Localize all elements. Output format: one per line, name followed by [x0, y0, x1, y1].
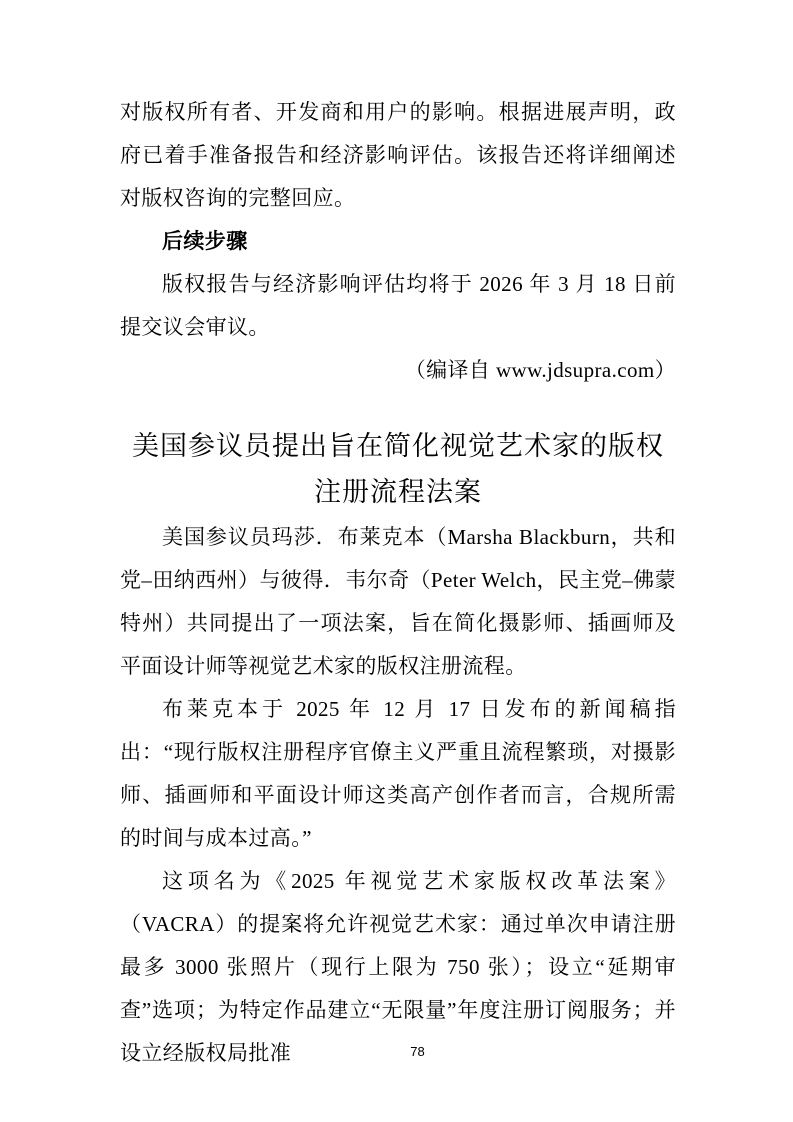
page-number: 78	[0, 1044, 793, 1060]
next-steps-paragraph: 版权报告与经济影响评估均将于 2026 年 3 月 18 日前提交议会审议。	[120, 263, 676, 349]
document-page-content: 对版权所有者、开发商和用户的影响。根据进展声明，政府已着手准备报告和经济影响评估…	[120, 91, 676, 1075]
article-paragraph: 布莱克本于 2025 年 12 月 17 日发布的新闻稿指出：“现行版权注册程序…	[120, 688, 676, 860]
article-paragraph: 美国参议员玛莎．布莱克本（Marsha Blackburn，共和党–田纳西州）与…	[120, 516, 676, 688]
continuation-paragraph: 对版权所有者、开发商和用户的影响。根据进展声明，政府已着手准备报告和经济影响评估…	[120, 91, 676, 220]
next-steps-subheading: 后续步骤	[120, 220, 676, 263]
article-title: 美国参议员提出旨在简化视觉艺术家的版权注册流程法案	[120, 423, 676, 515]
article-body: 美国参议员玛莎．布莱克本（Marsha Blackburn，共和党–田纳西州）与…	[120, 516, 676, 1075]
source-attribution: （编译自 www.jdsupra.com）	[120, 349, 676, 392]
article-paragraph: 这项名为《2025 年视觉艺术家版权改革法案》（VACRA）的提案将允许视觉艺术…	[120, 860, 676, 1075]
